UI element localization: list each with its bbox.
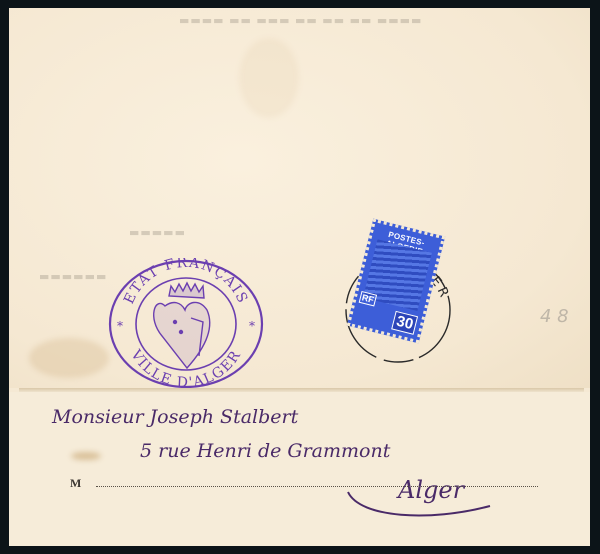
stamp-value: 30	[391, 311, 418, 335]
stamp-rf-text: RF	[359, 291, 377, 307]
cachet-top-text: ETAT FRANÇAIS	[121, 258, 251, 307]
faint-printed-text: ▬▬▬▬▬	[129, 226, 186, 239]
crowned-heart-emblem-icon	[154, 283, 210, 368]
postal-cover: ▬▬▬▬ ▬▬ ▬▬▬ ▬▬ ▬▬ ▬▬ ▬▬▬▬ ▬▬▬▬▬ ▬▬▬▬▬▬	[9, 8, 590, 546]
address-dotted-line	[96, 486, 538, 487]
address-line-2: 5 rue Henri de Grammont	[140, 440, 390, 462]
pencil-note: 4 8	[540, 306, 569, 327]
ornament-star-icon: *	[249, 319, 255, 333]
recipient-form-label: M	[70, 476, 81, 491]
underline-flourish	[340, 488, 500, 524]
address-line-1: Monsieur Joseph Stalbert	[52, 406, 298, 428]
stain	[29, 338, 109, 378]
faint-printed-text: ▬▬▬▬▬▬	[39, 270, 107, 283]
stain	[71, 452, 101, 460]
stain	[239, 38, 299, 118]
upper-flap: ▬▬▬▬ ▬▬ ▬▬▬ ▬▬ ▬▬ ▬▬ ▬▬▬▬ ▬▬▬▬▬ ▬▬▬▬▬▬	[9, 8, 590, 388]
ornament-star-icon: *	[117, 319, 123, 333]
cachet-stamp: ETAT FRANÇAIS VILLE D'ALGER * *	[107, 258, 265, 388]
faint-printed-text: ▬▬▬▬ ▬▬ ▬▬▬ ▬▬ ▬▬ ▬▬ ▬▬▬▬	[179, 14, 422, 27]
svg-text:ETAT FRANÇAIS: ETAT FRANÇAIS	[121, 258, 251, 307]
